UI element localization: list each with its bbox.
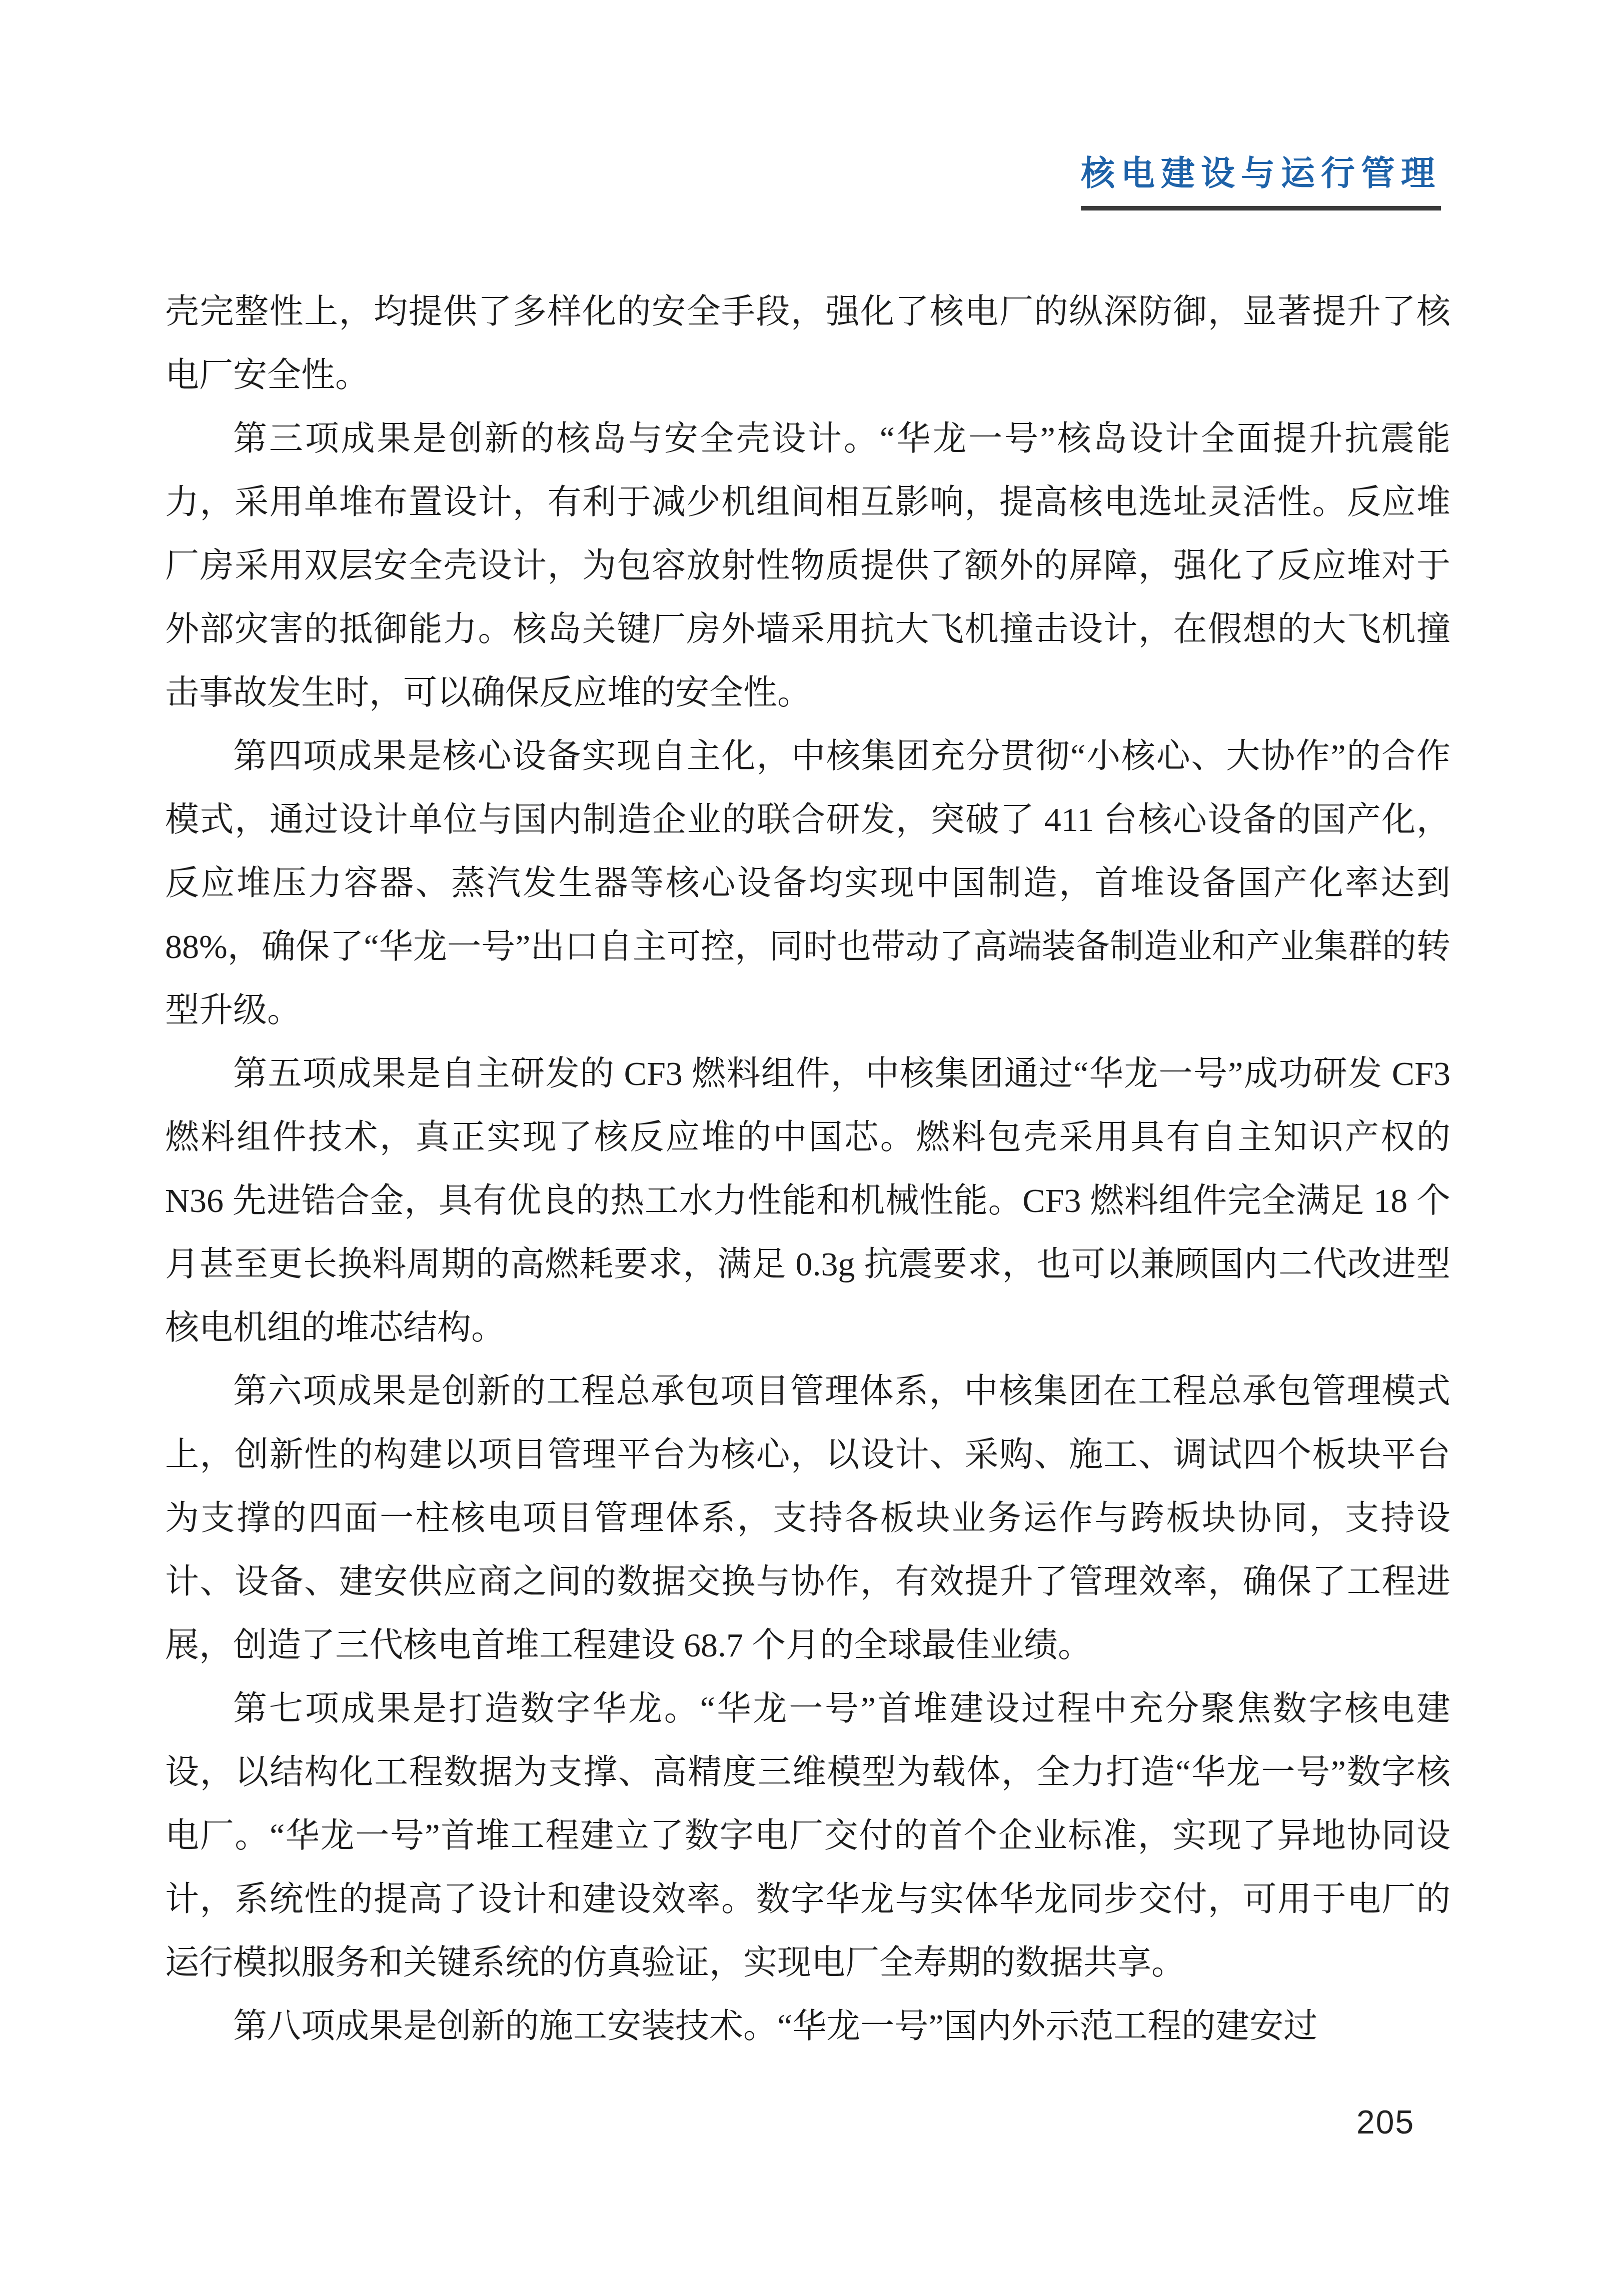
running-head-title: 核电建设与运行管理 [1081, 154, 1441, 193]
book-page: 核电建设与运行管理 壳完整性上，均提供了多样化的安全手段，强化了核电厂的纵深防御… [0, 0, 1616, 2296]
page-header: 核电建设与运行管理 [1081, 154, 1441, 210]
paragraph-achievement-8: 第八项成果是创新的施工安装技术。“华龙一号”国内外示范工程的建安过 [165, 1994, 1450, 2058]
paragraph-achievement-3: 第三项成果是创新的核岛与安全壳设计。“华龙一号”核岛设计全面提升抗震能力，采用单… [165, 407, 1450, 724]
paragraph-achievement-7: 第七项成果是打造数字华龙。“华龙一号”首堆建设过程中充分聚焦数字核电建设，以结构… [165, 1677, 1450, 1994]
header-rule [1081, 206, 1441, 210]
body-text: 壳完整性上，均提供了多样化的安全手段，强化了核电厂的纵深防御，显著提升了核电厂安… [165, 280, 1450, 2058]
paragraph-achievement-6: 第六项成果是创新的工程总承包项目管理体系，中核集团在工程总承包管理模式上，创新性… [165, 1359, 1450, 1677]
paragraph-achievement-4: 第四项成果是核心设备实现自主化，中核集团充分贯彻“小核心、大协作”的合作模式，通… [165, 724, 1450, 1042]
page-number: 205 [1356, 2103, 1414, 2141]
paragraph-continuation: 壳完整性上，均提供了多样化的安全手段，强化了核电厂的纵深防御，显著提升了核电厂安… [165, 280, 1450, 407]
paragraph-achievement-5: 第五项成果是自主研发的 CF3 燃料组件，中核集团通过“华龙一号”成功研发 CF… [165, 1042, 1450, 1359]
